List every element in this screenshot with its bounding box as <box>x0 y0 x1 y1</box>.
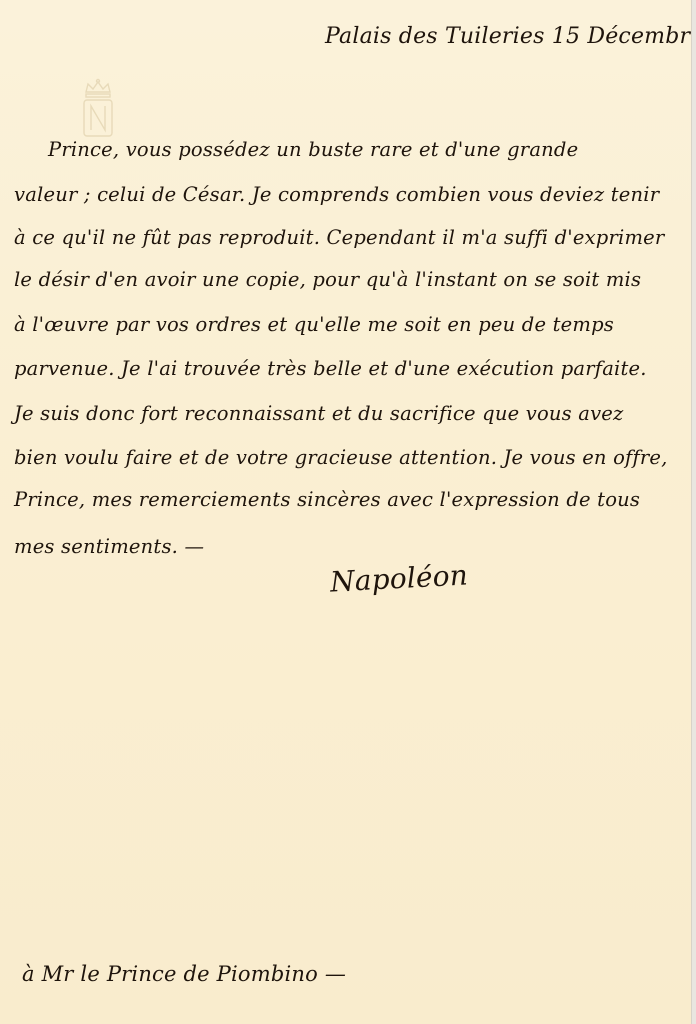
letter-page: Palais des Tuileries 15 Décembre 1860 Pr… <box>0 0 692 1024</box>
body-line-3: à ce qu'il ne fût pas reproduit. Cependa… <box>14 226 664 249</box>
body-line-2: valeur ; celui de César. Je comprends co… <box>14 183 659 206</box>
body-line-8: bien voulu faire et de votre gracieuse a… <box>14 446 668 469</box>
page-edge <box>691 0 696 1024</box>
body-line-4: le désir d'en avoir une copie, pour qu'à… <box>14 268 641 291</box>
body-line-1: Prince, vous possédez un buste rare et d… <box>48 138 578 161</box>
signature: Napoléon <box>329 558 469 598</box>
body-line-6: parvenue. Je l'ai trouvée très belle et … <box>14 357 647 380</box>
body-line-7: Je suis donc fort reconnaissant et du sa… <box>14 402 624 425</box>
body-line-5: à l'œuvre par vos ordres et qu'elle me s… <box>14 313 614 336</box>
body-line-10: mes sentiments. — <box>14 535 204 558</box>
body-line-9: Prince, mes remerciements sincères avec … <box>14 488 640 511</box>
dateline: Palais des Tuileries 15 Décembre 1860 <box>325 24 696 49</box>
crowned-monogram-icon <box>74 78 122 138</box>
addressee: à Mr le Prince de Piombino — <box>22 962 346 986</box>
